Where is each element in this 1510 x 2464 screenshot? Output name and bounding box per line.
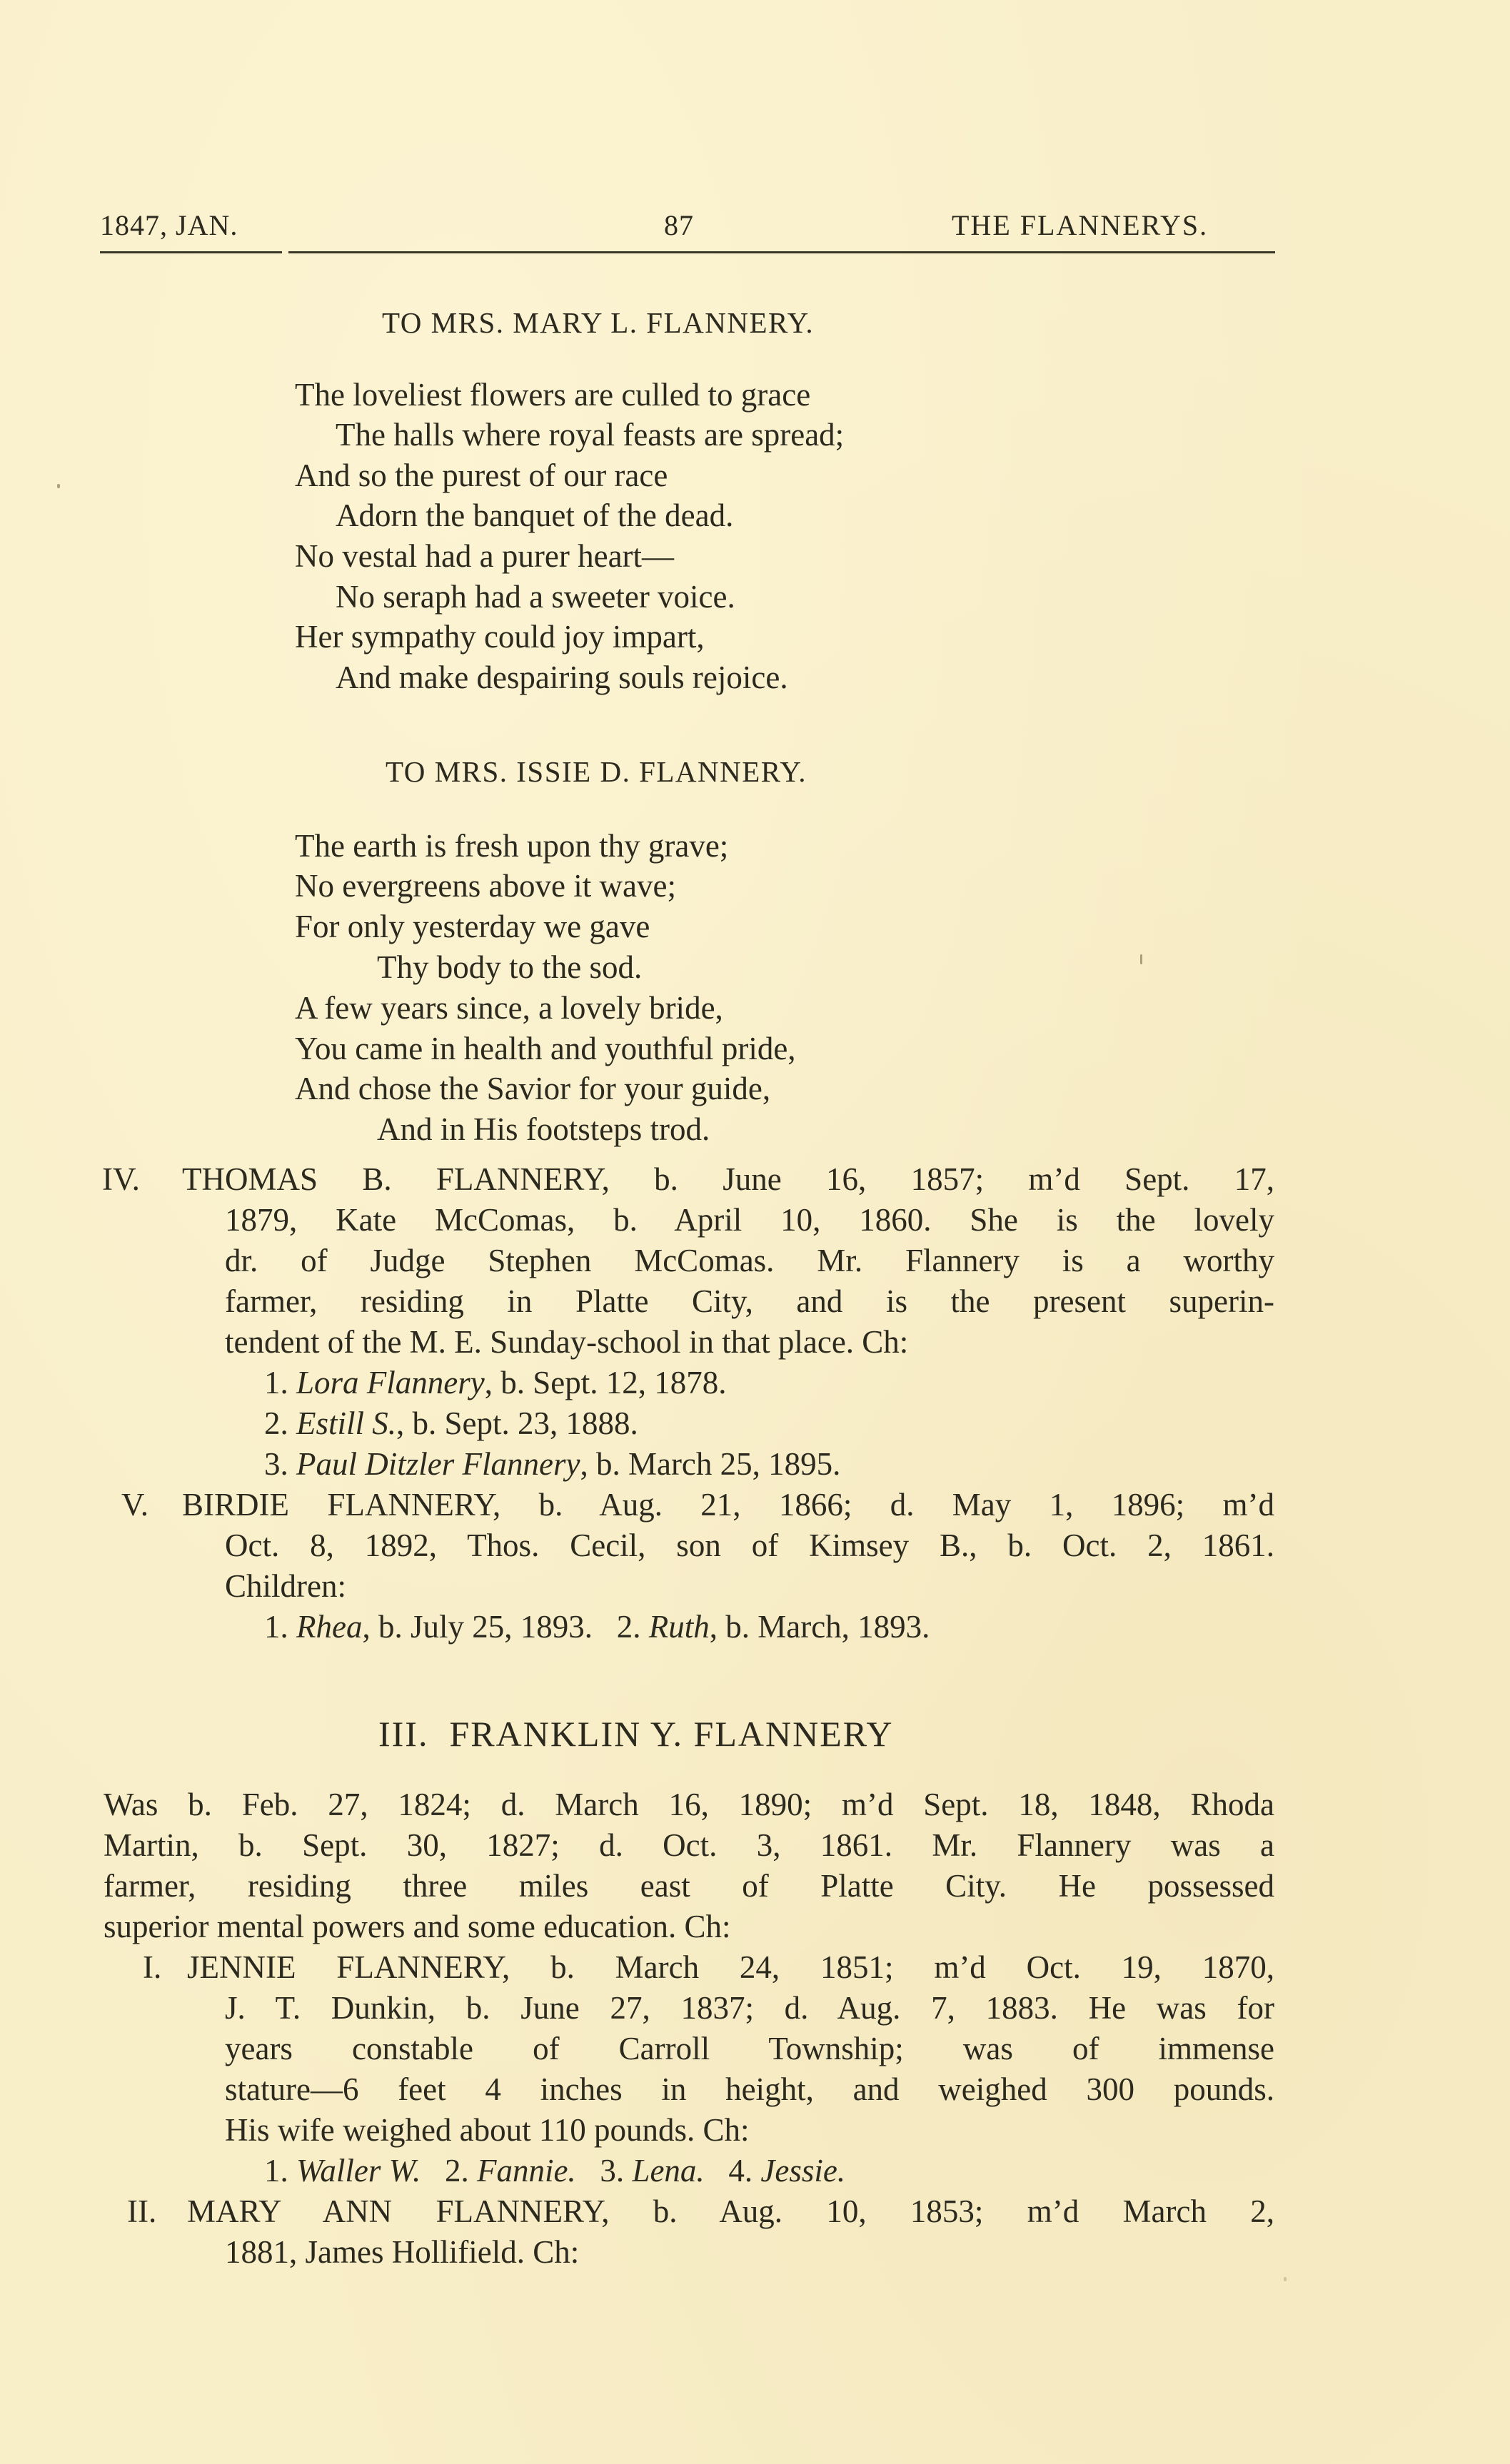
entry-line: J. T. Dunkin, b. June 27, 1837; d. Aug. …	[225, 1988, 1274, 2029]
section-heading: III. FRANKLIN Y. FLANNERY	[378, 1713, 893, 1754]
entry-line: JENNIE FLANNERY, b. March 24, 1851; m’d …	[187, 1947, 1274, 1988]
child-name: Lena.	[632, 2153, 704, 2188]
page-number: 87	[664, 208, 694, 242]
child-name: Lora Flannery	[296, 1365, 485, 1400]
entry-line: BIRDIE FLANNERY, b. Aug. 21, 1866; d. Ma…	[182, 1485, 1274, 1525]
child-item: 1. Rhea, b. July 25, 1893. 2. Ruth, b. M…	[264, 1607, 930, 1647]
poem-line: Her sympathy could joy impart,	[295, 617, 705, 657]
poem-line: Thy body to the sod.	[377, 947, 642, 987]
entry-line: tendent of the M. E. Sunday-school in th…	[225, 1322, 908, 1363]
child-name: Jessie.	[760, 2153, 845, 2188]
poem-line: And chose the Savior for your guide,	[295, 1069, 770, 1109]
entry-line: Oct. 8, 1892, Thos. Cecil, son of Kimsey…	[225, 1525, 1274, 1566]
scan-speck	[57, 484, 60, 488]
entry-numeral: II.	[127, 2191, 156, 2232]
poem-line: No vestal had a purer heart—	[295, 536, 674, 576]
child-name: Estill S.	[296, 1405, 396, 1441]
child-name: Rhea	[296, 1609, 362, 1645]
entry-line: MARY ANN FLANNERY, b. Aug. 10, 1853; m’d…	[187, 2191, 1274, 2232]
entry-line: dr. of Judge Stephen McComas. Mr. Flanne…	[225, 1241, 1274, 1281]
entry-line: years constable of Carroll Township; was…	[225, 2029, 1274, 2069]
poem-line: And make despairing souls rejoice.	[336, 657, 788, 697]
body-line: Martin, b. Sept. 30, 1827; d. Oct. 3, 18…	[104, 1825, 1274, 1866]
running-header-title: THE FLANNERYS.	[952, 208, 1208, 242]
poem-line: A few years since, a lovely bride,	[295, 988, 723, 1028]
entry-line: THOMAS B. FLANNERY, b. June 16, 1857; m’…	[182, 1159, 1274, 1200]
child-name: Ruth	[649, 1609, 710, 1645]
scan-speck	[1284, 2277, 1287, 2281]
child-item: 2. Estill S., b. Sept. 23, 1888.	[264, 1403, 638, 1444]
body-line: Was b. Feb. 27, 1824; d. March 16, 1890;…	[104, 1784, 1274, 1825]
child-name: Paul Ditzler Flannery	[296, 1446, 580, 1482]
poem-line: The loveliest flowers are culled to grac…	[295, 375, 810, 415]
entry-numeral: I.	[143, 1947, 161, 1988]
poem-line: Adorn the banquet of the dead.	[336, 495, 733, 535]
entry-line: 1879, Kate McComas, b. April 10, 1860. S…	[225, 1200, 1274, 1241]
poem-line: The earth is fresh upon thy grave;	[295, 826, 728, 866]
poem-line: No seraph had a sweeter voice.	[336, 577, 735, 617]
scan-speck	[1140, 954, 1142, 964]
entry-line: Children:	[225, 1566, 346, 1607]
body-line: superior mental powers and some educatio…	[104, 1907, 731, 1947]
running-header-date: 1847, JAN.	[100, 208, 238, 242]
body-line: farmer, residing three miles east of Pla…	[104, 1866, 1274, 1907]
entry-line: His wife weighed about 110 pounds. Ch:	[225, 2110, 750, 2151]
children-list: 1. Waller W. 2. Fannie. 3. Lena. 4. Jess…	[264, 2151, 845, 2191]
child-name: Waller W.	[296, 2153, 421, 2188]
header-rule-right	[288, 251, 1275, 253]
entry-line: stature—6 feet 4 inches in height, and w…	[225, 2069, 1274, 2110]
entry-numeral: V.	[121, 1485, 149, 1525]
poem-title-mary: TO MRS. MARY L. FLANNERY.	[382, 306, 814, 340]
poem-line: And in His footsteps trod.	[377, 1109, 710, 1149]
poem-line: The halls where royal feasts are spread;	[336, 415, 844, 455]
poem-line: No evergreens above it wave;	[295, 866, 676, 906]
child-name: Fannie.	[477, 2153, 576, 2188]
entry-line: 1881, James Hollifield. Ch:	[225, 2232, 579, 2273]
poem-line: For only yesterday we gave	[295, 907, 650, 946]
poem-title-issie: TO MRS. ISSIE D. FLANNERY.	[386, 754, 807, 789]
child-item: 1. Lora Flannery, b. Sept. 12, 1878.	[264, 1363, 727, 1403]
poem-line: You came in health and youthful pride,	[295, 1029, 796, 1069]
entry-line: farmer, residing in Platte City, and is …	[225, 1281, 1274, 1322]
child-item: 3. Paul Ditzler Flannery, b. March 25, 1…	[264, 1444, 840, 1485]
entry-numeral: IV.	[102, 1159, 140, 1200]
header-rule-left	[100, 251, 282, 253]
poem-line: And so the purest of our race	[295, 455, 668, 495]
